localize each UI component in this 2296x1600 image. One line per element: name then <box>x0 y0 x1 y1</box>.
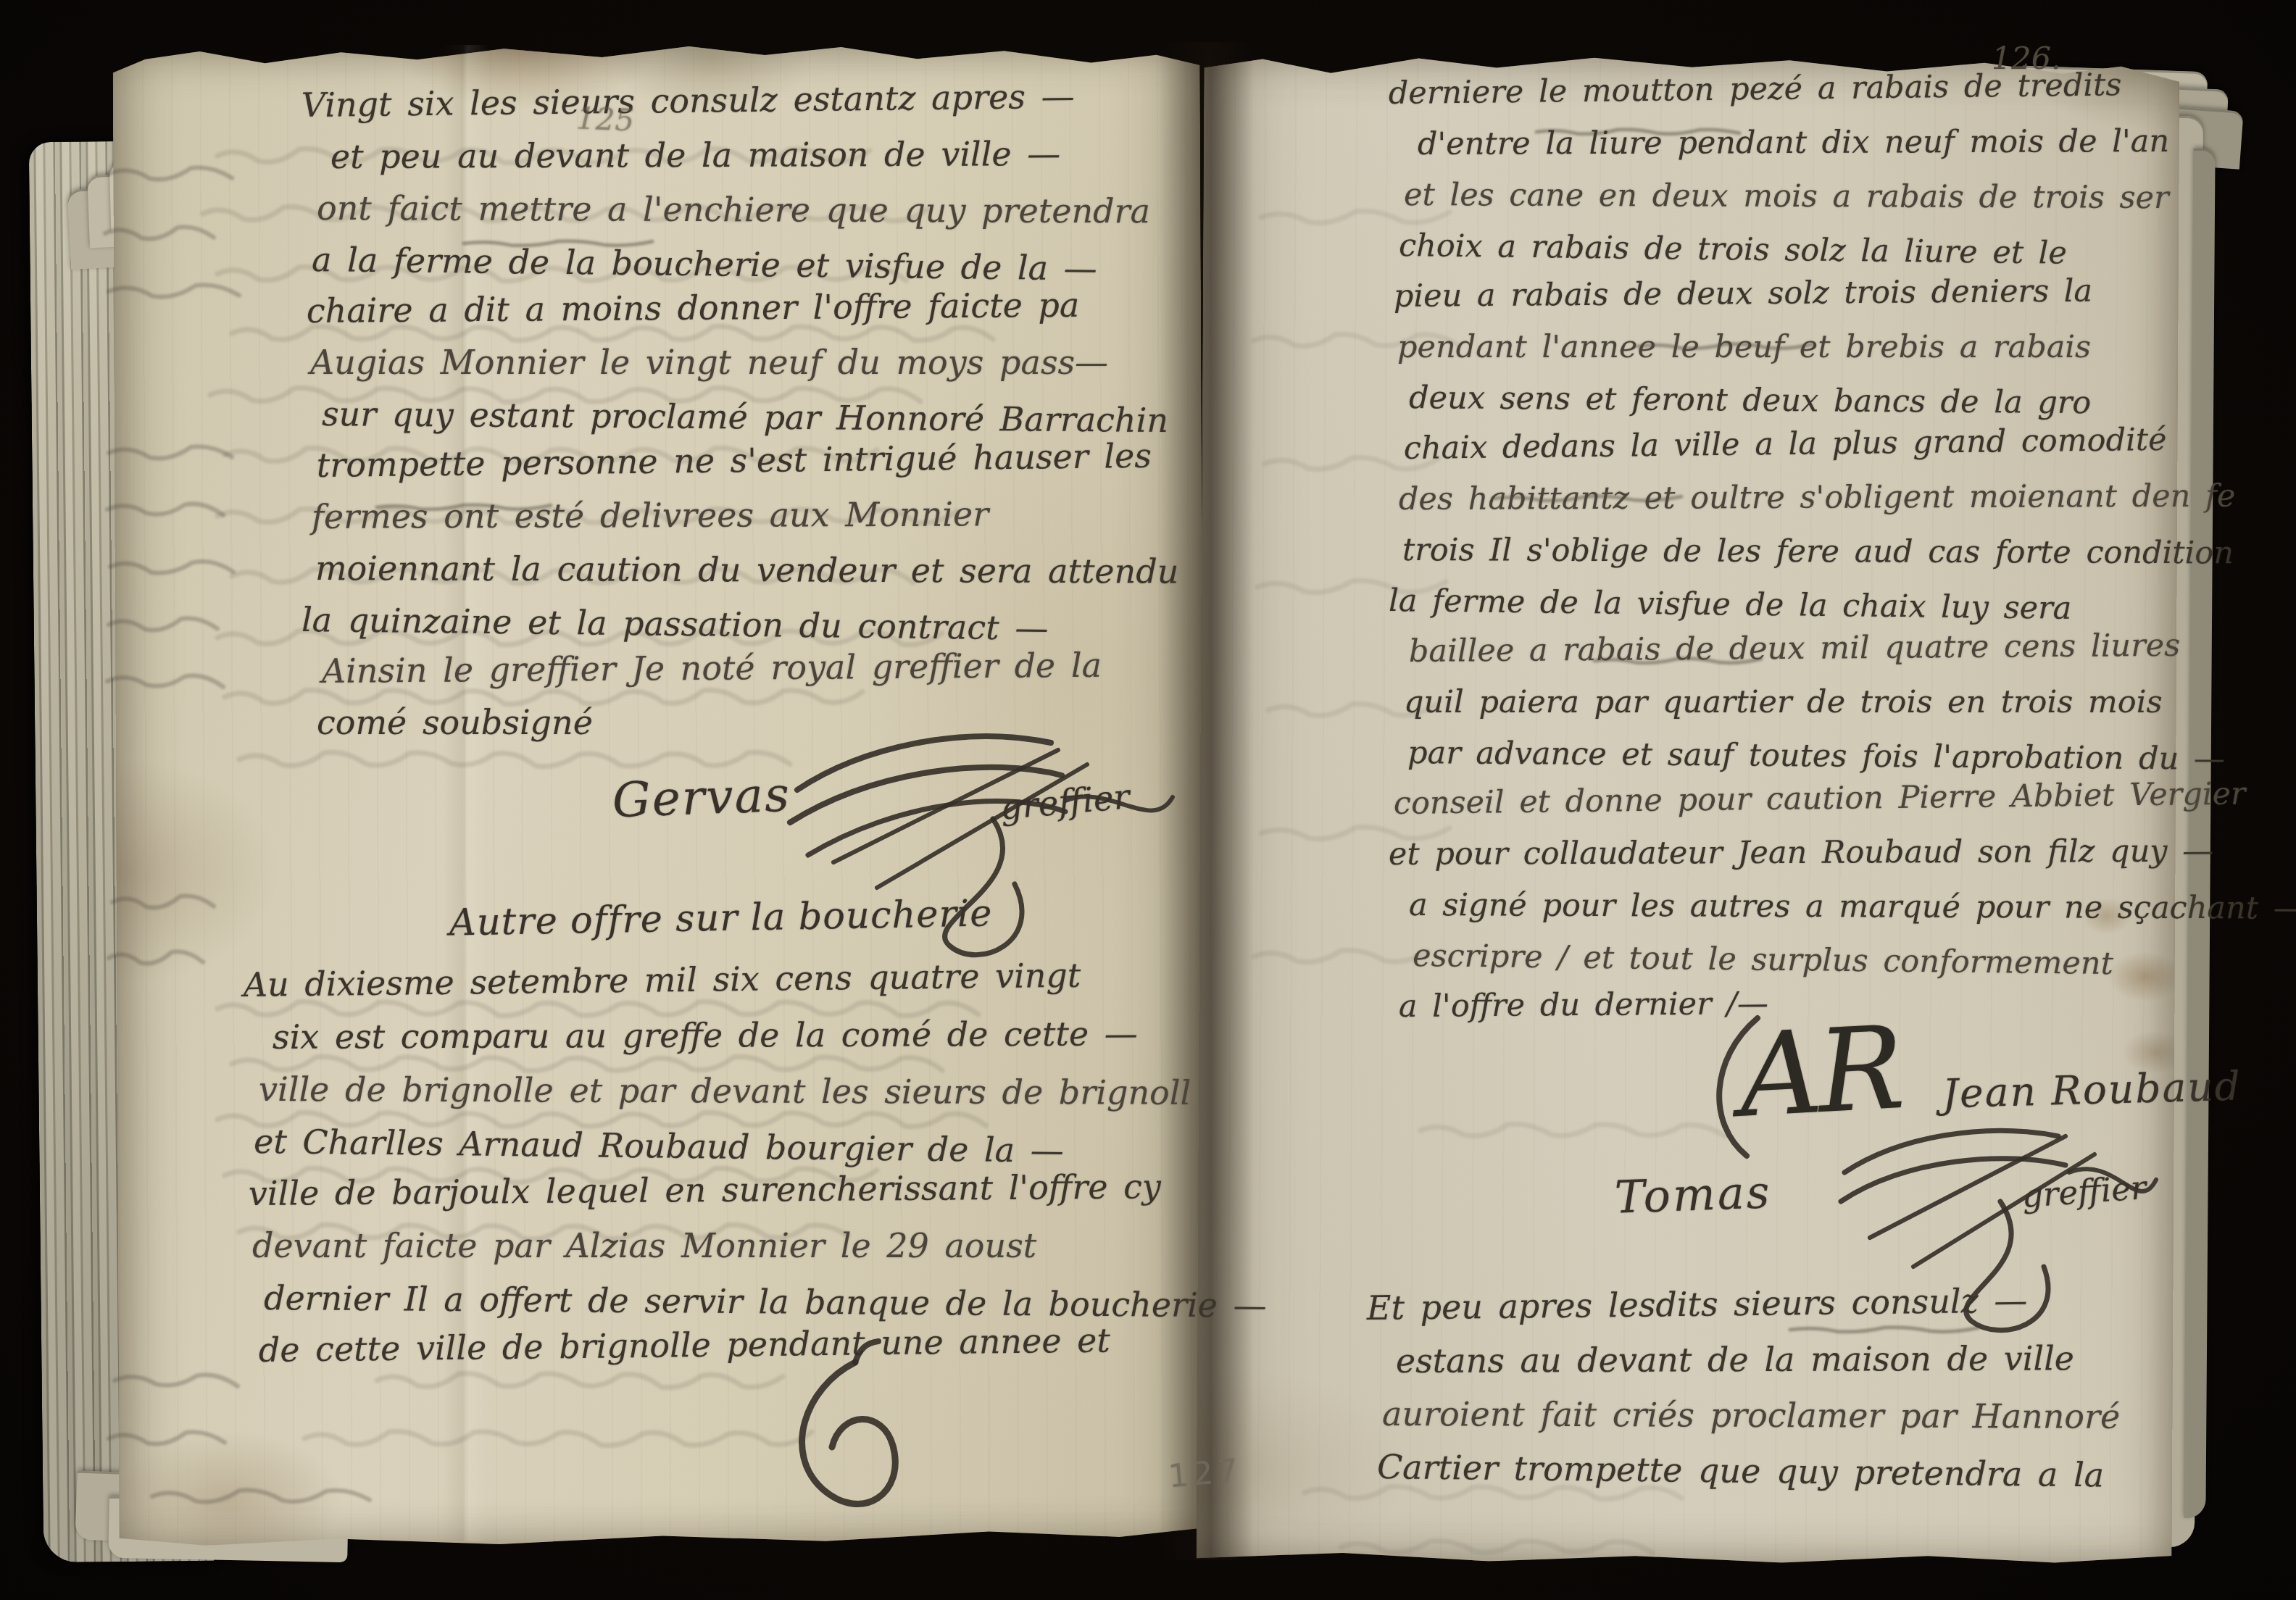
showthrough-stroke <box>239 752 790 767</box>
manuscript-line: Augias Monnier le vingt neuf du moys pas… <box>310 343 1174 394</box>
manuscript-line: fermes ont esté delivrees aux Monnier <box>312 493 1174 549</box>
left-paragraph-2: Au dixiesme setembre mil six cens quatre… <box>254 965 1152 1383</box>
manuscript-line: auroient fait criés proclamer par Hannor… <box>1382 1394 2189 1450</box>
showthrough-stroke <box>109 951 203 963</box>
right-paragraph-2: Et peu apres lesdits sieurs consulz —est… <box>1377 1288 2189 1500</box>
manuscript-line: moiennant la caution du vendeur et sera … <box>315 549 1174 604</box>
showthrough-stroke <box>109 285 239 296</box>
manuscript-line: ville de brignolle et par devant les sie… <box>259 1070 1152 1125</box>
showthrough-stroke <box>109 446 232 458</box>
manuscript-line: devant faicte par Alzias Monnier le 29 a… <box>252 1226 1152 1278</box>
showthrough-stroke <box>109 1432 225 1443</box>
manuscript-line: et pour collaudateur Jean Roubaud son fi… <box>1389 833 2178 887</box>
left-paragraph-1: Vingt six les sieurs consulz estantz apr… <box>312 86 1174 754</box>
manuscript-line: estans au devant de la maison de ville <box>1396 1338 2189 1394</box>
showthrough-stroke <box>109 618 217 630</box>
manuscript-scan: { "document": { "kind": "Bound register … <box>0 0 2296 1600</box>
left-end-flourish <box>732 1337 935 1533</box>
right-paragraph-1: derniere le moutton pezé a rabais de tre… <box>1399 75 2178 1039</box>
manuscript-line: des habittantz et oultre s'obligent moie… <box>1399 478 2178 532</box>
showthrough-stroke <box>115 1375 238 1386</box>
manuscript-line: Et peu apres lesdits sieurs consulz — <box>1367 1279 2189 1341</box>
manuscript-line: Au dixiesme setembre mil six cens quatre… <box>244 955 1153 1017</box>
manuscript-line: et les cane en deux mois a rabais de tro… <box>1404 177 2178 230</box>
manuscript-line: a signé pour les autres a marqué pour ne… <box>1409 887 2178 941</box>
manuscript-line: pieu a rabais de deux solz trois deniers… <box>1394 272 2179 329</box>
showthrough-stroke <box>1341 1541 1652 1553</box>
manuscript-line: quil paiera par quartier de trois en tro… <box>1404 684 2178 735</box>
showthrough-stroke <box>1421 1124 1725 1136</box>
manuscript-line: d'entre la liure pendant dix neuf mois d… <box>1418 123 2178 177</box>
manuscript-line: six est comparu au greffe de la comé de … <box>273 1014 1152 1070</box>
left-signature-paraph-flourish <box>775 681 1181 986</box>
showthrough-stroke <box>109 167 232 179</box>
manuscript-line: Vingt six les sieurs consulz estantz apr… <box>301 75 1175 137</box>
manuscript-line: ville de barjoulx lequel en surencheriss… <box>249 1167 1153 1226</box>
pencil-folio-number: 127 <box>1167 1452 1244 1496</box>
manuscript-line: trois Il s'oblige de les fere aud cas fo… <box>1402 532 2178 586</box>
manuscript-line: et peu au devant de la maison de ville — <box>330 134 1174 188</box>
manuscript-line: chaix dedans la ville a la plus grand co… <box>1404 422 2179 481</box>
manuscript-line: baillee a rabais de deux mil quatre cens… <box>1409 628 2179 684</box>
manuscript-line: de cette ville de brignolle pendant une … <box>259 1320 1153 1383</box>
showthrough-stroke <box>107 675 223 687</box>
manuscript-line: derniere le moutton pezé a rabais de tre… <box>1389 66 2179 126</box>
manuscript-line: conseil et donne pour caution Pierre Abb… <box>1394 777 2179 836</box>
manuscript-line: chaire a dit a moins donner l'offre faic… <box>307 285 1175 343</box>
showthrough-stroke <box>112 896 214 907</box>
showthrough-stroke <box>110 562 233 573</box>
showthrough-stroke <box>107 504 223 515</box>
manuscript-line: pendant l'annee le beuf et brebis a raba… <box>1397 329 2178 380</box>
manuscript-line: Cartier trompette que quy pretendra a la <box>1377 1447 2189 1509</box>
showthrough-stroke <box>152 1490 370 1501</box>
left-clerk-signature: Gervas <box>612 767 791 829</box>
manuscript-line: trompette personne ne s'est intrigué hau… <box>317 436 1175 497</box>
showthrough-folio-number: 125 <box>575 101 635 138</box>
showthrough-stroke <box>105 227 214 238</box>
right-clerk-signature: Tomas <box>1614 1165 1773 1224</box>
manuscript-line: ont faict mettre a l'enchiere que quy pr… <box>317 188 1174 243</box>
